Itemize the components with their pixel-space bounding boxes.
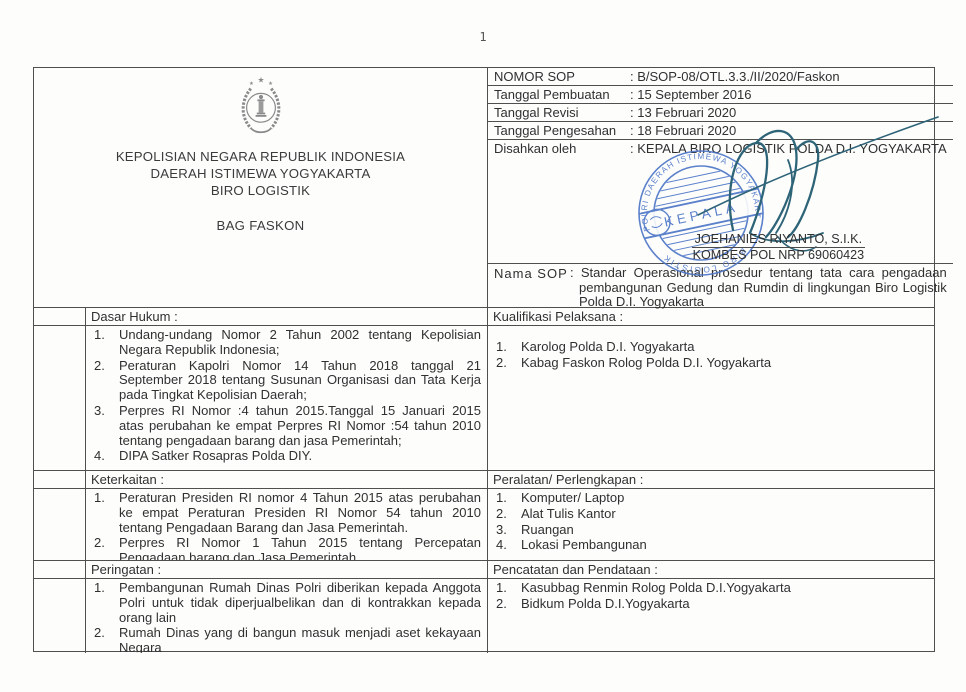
list-item: Lokasi Pembangunan	[493, 538, 928, 553]
section-title-pencatatan-pendataan: Pencatatan dan Pendataan :	[488, 561, 934, 579]
scanned-sop-page: 1 ★ ★ ★	[0, 0, 966, 692]
list-item: Perpres RI Nomor :4 tahun 2015.Tanggal 1…	[91, 404, 481, 448]
institution-cell: ★ ★ ★ KEPOLISIAN NEG	[34, 68, 488, 310]
section-title-peralatan-perlengkapan: Peralatan/ Perlengkapan :	[488, 471, 934, 489]
svg-text:★: ★	[248, 81, 253, 87]
dasar-hukum-cell: Undang-undang Nomor 2 Tahun 2002 tentang…	[86, 326, 488, 471]
list-item: Kasubbag Renmin Rolog Polda D.I.Yogyakar…	[493, 581, 928, 596]
institution-line-2: DAERAH ISTIMEWA YOGYAKARTA	[34, 165, 487, 182]
peringatan-cell: Pembangunan Rumah Dinas Polri diberikan …	[86, 579, 488, 653]
gutter-cell	[34, 471, 86, 489]
list-item: Rumah Dinas yang di bangun masuk menjadi…	[91, 626, 481, 653]
gutter-cell	[34, 489, 86, 561]
signer-rank: KOMBES POL NRP 69060423	[618, 248, 939, 262]
list-item: Peraturan Kapolri Nomor 14 Tahun 2018 ta…	[91, 359, 481, 403]
gutter-cell	[34, 579, 86, 653]
pencatatan-pendataan-list: Kasubbag Renmin Rolog Polda D.I.Yogyakar…	[488, 579, 934, 612]
signer-name: JOEHANIES RIYANTO, S.I.K.	[692, 232, 866, 248]
page-number: 1	[0, 30, 966, 44]
list-item: Undang-undang Nomor 2 Tahun 2002 tentang…	[91, 328, 481, 358]
svg-text:★: ★	[268, 81, 273, 87]
keterkaitan-cell: Peraturan Presiden RI nomor 4 Tahun 2015…	[86, 489, 488, 561]
sop-document-table: ★ ★ ★ KEPOLISIAN NEG	[33, 67, 935, 652]
keterkaitan-list: Peraturan Presiden RI nomor 4 Tahun 2015…	[86, 489, 487, 561]
meta-label: Tanggal Pengesahan	[494, 123, 630, 138]
dasar-hukum-list: Undang-undang Nomor 2 Tahun 2002 tentang…	[86, 326, 487, 464]
nama-sop-label: Nama SOP	[494, 266, 570, 310]
section-title-keterkaitan: Keterkaitan :	[86, 471, 488, 489]
institution-line-1: KEPOLISIAN NEGARA REPUBLIK INDONESIA	[34, 148, 487, 165]
gutter-cell	[34, 326, 86, 471]
list-item: Perpres RI Nomor 1 Tahun 2015 tentang Pe…	[91, 536, 481, 561]
institution-line-3: BIRO LOGISTIK	[34, 182, 487, 199]
approval-label: Disahkan oleh	[494, 141, 630, 156]
meta-label: Tanggal Pembuatan	[494, 87, 630, 102]
header-section: ★ ★ ★ KEPOLISIAN NEG	[34, 68, 934, 308]
list-item: Peraturan Presiden RI nomor 4 Tahun 2015…	[91, 491, 481, 535]
list-item: Ruangan	[493, 523, 928, 538]
polri-emblem-icon: ★ ★ ★	[234, 73, 288, 139]
section-title-dasar-hukum: Dasar Hukum :	[86, 308, 488, 326]
peralatan-perlengkapan-cell: Komputer/ LaptopAlat Tulis KantorRuangan…	[488, 489, 934, 561]
signature-icon	[638, 65, 958, 365]
unit-name: BAG FASKON	[34, 218, 487, 233]
list-item: Bidkum Polda D.I.Yogyakarta	[493, 597, 928, 612]
svg-text:★: ★	[257, 76, 264, 85]
peringatan-list: Pembangunan Rumah Dinas Polri diberikan …	[86, 579, 487, 653]
peralatan-perlengkapan-list: Komputer/ LaptopAlat Tulis KantorRuangan…	[488, 489, 934, 553]
header-meta-block: NOMOR SOP : B/SOP-08/OTL.3.3./II/2020/Fa…	[488, 68, 953, 310]
approval-cell: Disahkan oleh : KEPALA BIRO LOGISTIK POL…	[488, 140, 953, 264]
list-item: Pembangunan Rumah Dinas Polri diberikan …	[91, 581, 481, 625]
signer-block: JOEHANIES RIYANTO, S.I.K. KOMBES POL NRP…	[618, 232, 939, 262]
list-item: DIPA Satker Rosapras Polda DIY.	[91, 449, 481, 464]
pencatatan-pendataan-cell: Kasubbag Renmin Rolog Polda D.I.Yogyakar…	[488, 579, 934, 653]
list-item: Alat Tulis Kantor	[493, 507, 928, 522]
gutter-cell	[34, 561, 86, 579]
list-item: Komputer/ Laptop	[493, 491, 928, 506]
section-title-peringatan: Peringatan :	[86, 561, 488, 579]
institution-name-block: KEPOLISIAN NEGARA REPUBLIK INDONESIA DAE…	[34, 148, 487, 199]
meta-label: Tanggal Revisi	[494, 105, 630, 120]
meta-label: NOMOR SOP	[494, 69, 630, 84]
gutter-cell	[34, 308, 86, 326]
